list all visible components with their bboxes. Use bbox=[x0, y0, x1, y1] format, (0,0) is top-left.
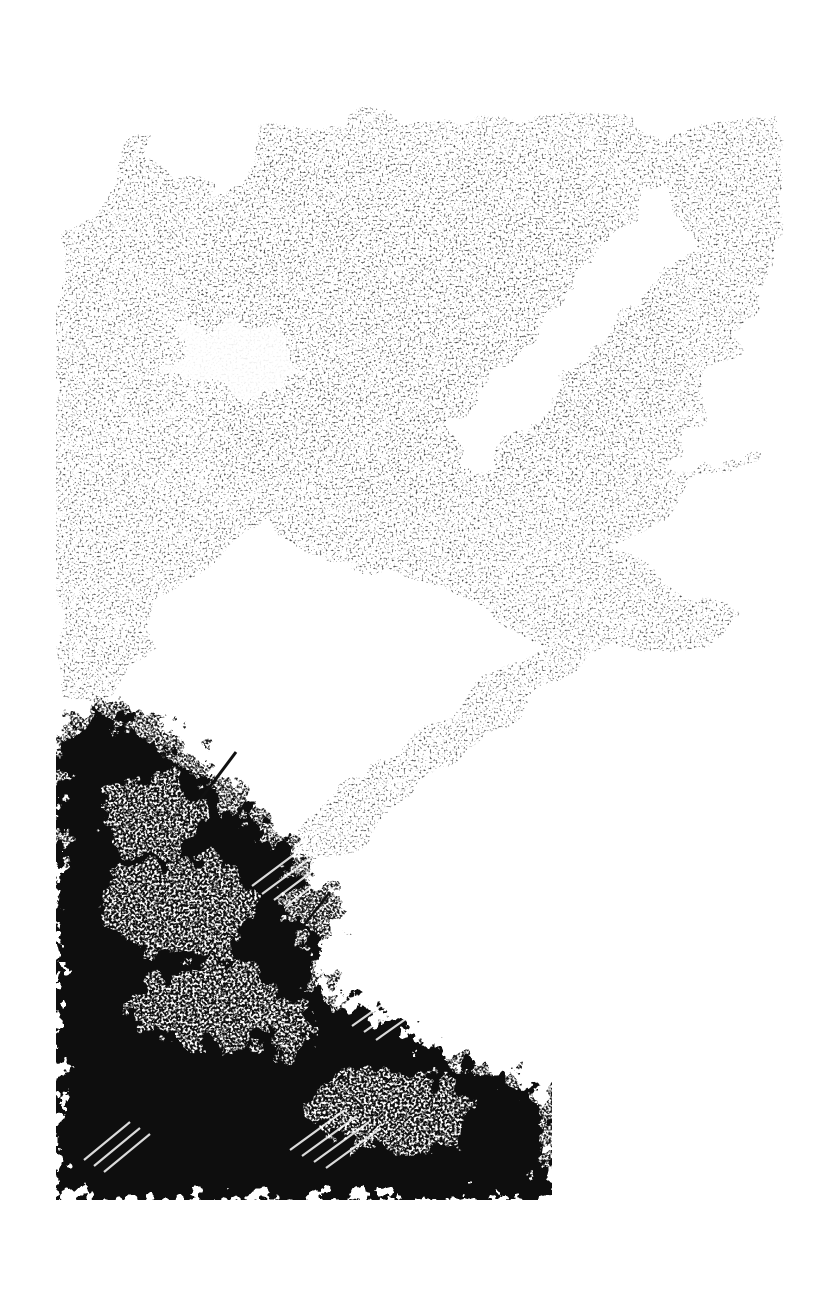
manga-page bbox=[0, 0, 832, 1300]
manga-page-illustration bbox=[0, 0, 832, 1300]
